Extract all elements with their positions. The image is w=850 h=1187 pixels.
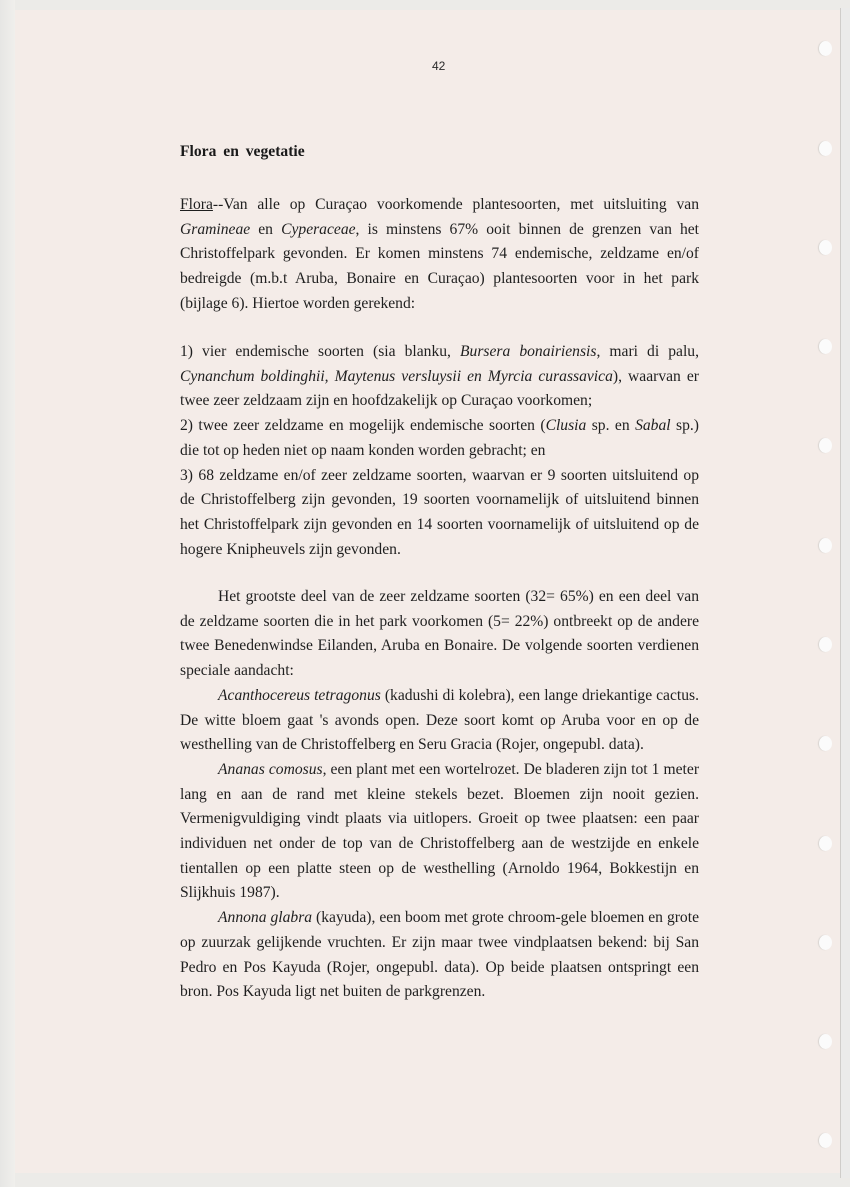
taxon-name: Annona glabra	[218, 909, 312, 926]
page-number: 42	[432, 59, 445, 73]
binder-hole	[819, 41, 832, 56]
rare-species-section: Het grootste deel van de zeer zeldzame s…	[180, 585, 699, 1005]
binder-hole	[819, 935, 832, 950]
binder-hole	[819, 141, 832, 156]
binder-hole	[819, 240, 832, 255]
binder-hole	[819, 538, 832, 553]
species-acanthocereus: Acanthocereus tetragonus (kadushi di kol…	[180, 684, 699, 758]
taxon-name: Cyperaceae	[281, 221, 355, 238]
taxon-name: Acanthocereus tetragonus	[218, 687, 381, 704]
binder-hole	[819, 339, 832, 354]
binder-hole	[819, 736, 832, 751]
binder-hole	[819, 836, 832, 851]
binder-hole	[819, 1133, 832, 1148]
text-span: 1) vier endemische soorten (sia blanku,	[180, 343, 460, 360]
text-span: , mari di palu,	[596, 343, 699, 360]
list-item-3: 3) 68 zeldzame en/of zeer zeldzame soort…	[180, 464, 699, 563]
taxon-name: Bursera bonairiensis	[460, 343, 596, 360]
text-span: en	[250, 221, 281, 238]
list-item-2: 2) twee zeer zeldzame en mogelijk endemi…	[180, 414, 699, 463]
list-item-1: 1) vier endemische soorten (sia blanku, …	[180, 340, 699, 414]
text-span: --Van alle op Curaçao voorkomende plante…	[213, 196, 699, 213]
text-span: , een plant met een wortelrozet. De blad…	[180, 761, 699, 902]
paragraph-flora-intro: Flora--Van alle op Curaçao voorkomende p…	[180, 193, 699, 317]
taxon-name: Clusia	[546, 417, 587, 434]
page-edge	[840, 8, 850, 1178]
species-list: 1) vier endemische soorten (sia blanku, …	[180, 340, 699, 562]
species-ananas: Ananas comosus, een plant met een wortel…	[180, 758, 699, 906]
taxon-name: Cynanchum boldinghii, Maytenus versluysi…	[180, 368, 613, 385]
taxon-name: Gramineae	[180, 221, 250, 238]
flora-label: Flora	[180, 196, 213, 213]
scanner-background-left	[0, 0, 15, 1187]
taxon-name: Ananas comosus	[218, 761, 323, 778]
binder-hole	[819, 438, 832, 453]
section-title: Flora en vegetatie	[180, 143, 305, 161]
species-annona: Annona glabra (kayuda), een boom met gro…	[180, 906, 699, 1005]
text-span: 2) twee zeer zeldzame en mogelijk endemi…	[180, 417, 546, 434]
binder-hole	[819, 1034, 832, 1049]
binder-hole	[819, 637, 832, 652]
taxon-name: Sabal	[635, 417, 671, 434]
text-span: sp. en	[586, 417, 635, 434]
paragraph-rare-species: Het grootste deel van de zeer zeldzame s…	[180, 585, 699, 684]
